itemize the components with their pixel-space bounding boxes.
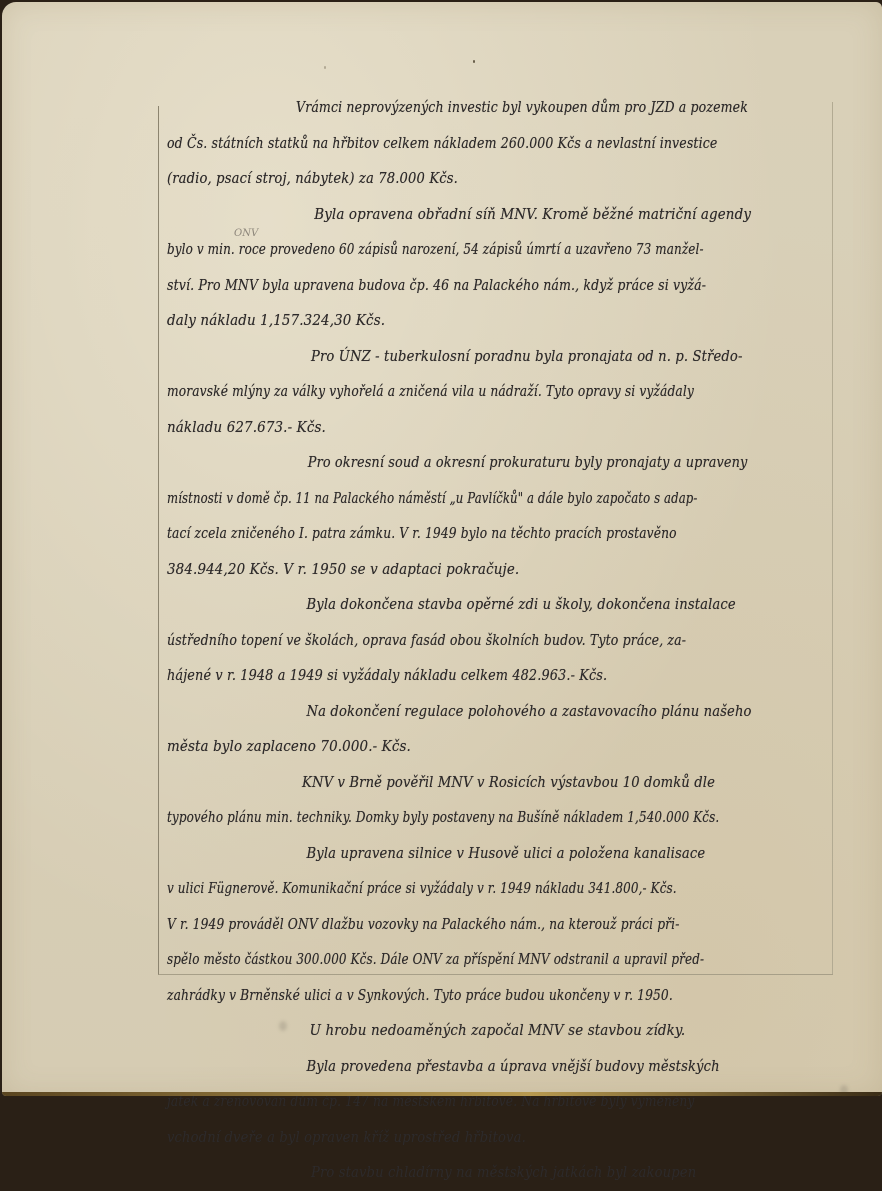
handwritten-text-body: Vrámci neprovýzených investic byl vykoup… bbox=[167, 90, 837, 1100]
text-line: Byla dokončena stavba opěrné zdi u školy… bbox=[167, 587, 770, 623]
text-line: ství. Pro MNV byla upravena budova čp. 4… bbox=[167, 268, 743, 304]
text-line: zahrádky v Brněnské ulici a v Synkových.… bbox=[167, 978, 730, 1014]
paper-speck bbox=[324, 66, 326, 69]
text-line: hájené v r. 1948 a 1949 si vyžádaly nákl… bbox=[167, 658, 757, 694]
text-line: moravské mlýny za války vyhořelá a zniče… bbox=[167, 374, 730, 410]
text-line: tací zcela zničeného I. patra zámku. V r… bbox=[167, 516, 730, 552]
text-line: U hrobu nedoaměných započal MNV se stavb… bbox=[167, 1013, 783, 1049]
text-line: Pro ÚNZ - tuberkulosní poradnu byla pron… bbox=[167, 339, 770, 375]
text-line: jatek a zrenovován dům čp. 147 na městsk… bbox=[167, 1084, 730, 1100]
text-line: bylo v min. roce provedeno 60 zápisů nar… bbox=[167, 232, 716, 268]
text-line: místnosti v domě čp. 11 na Palackého nám… bbox=[167, 481, 703, 517]
text-line: Byla provedena přestavba a úprava vnější… bbox=[167, 1049, 770, 1085]
text-line: KNV v Brně pověřil MNV v Rosicích výstav… bbox=[167, 765, 770, 801]
scanned-page: ONV Vrámci neprovýzených investic byl vy… bbox=[2, 2, 882, 1096]
text-line: Pro okresní soud a okresní prokuraturu b… bbox=[167, 445, 757, 481]
text-line: typového plánu min. techniky. Domky byly… bbox=[167, 800, 716, 836]
text-line: města bylo zaplaceno 70.000.- Kčs. bbox=[167, 729, 783, 765]
text-line: v ulici Fügnerově. Komunikační práce si … bbox=[167, 871, 716, 907]
text-line: ústředního topení ve školách, oprava fas… bbox=[167, 623, 743, 659]
text-line: nákladu 627.673.- Kčs. bbox=[167, 410, 783, 446]
text-line: spělo město částkou 300.000 Kčs. Dále ON… bbox=[167, 942, 716, 978]
text-line: daly nákladu 1,157.324,30 Kčs. bbox=[167, 303, 783, 339]
text-line: Vrámci neprovýzených investic byl vykoup… bbox=[167, 90, 743, 126]
text-line: Byla opravena obřadní síň MNV. Kromě běž… bbox=[167, 197, 783, 233]
text-line: Byla upravena silnice v Husově ulici a p… bbox=[167, 836, 770, 872]
text-line: (radio, psací stroj, nábytek) za 78.000 … bbox=[167, 161, 770, 197]
text-line: od Čs. státních statků na hřbitov celkem… bbox=[167, 126, 743, 162]
paper-speck bbox=[473, 60, 475, 63]
text-line: Na dokončení regulace polohového a zasta… bbox=[167, 694, 770, 730]
paper-stain bbox=[840, 1085, 848, 1095]
text-line: V r. 1949 prováděl ONV dlažbu vozovky na… bbox=[167, 907, 730, 943]
text-line: 384.944,20 Kčs. V r. 1950 se v adaptaci … bbox=[167, 552, 783, 588]
